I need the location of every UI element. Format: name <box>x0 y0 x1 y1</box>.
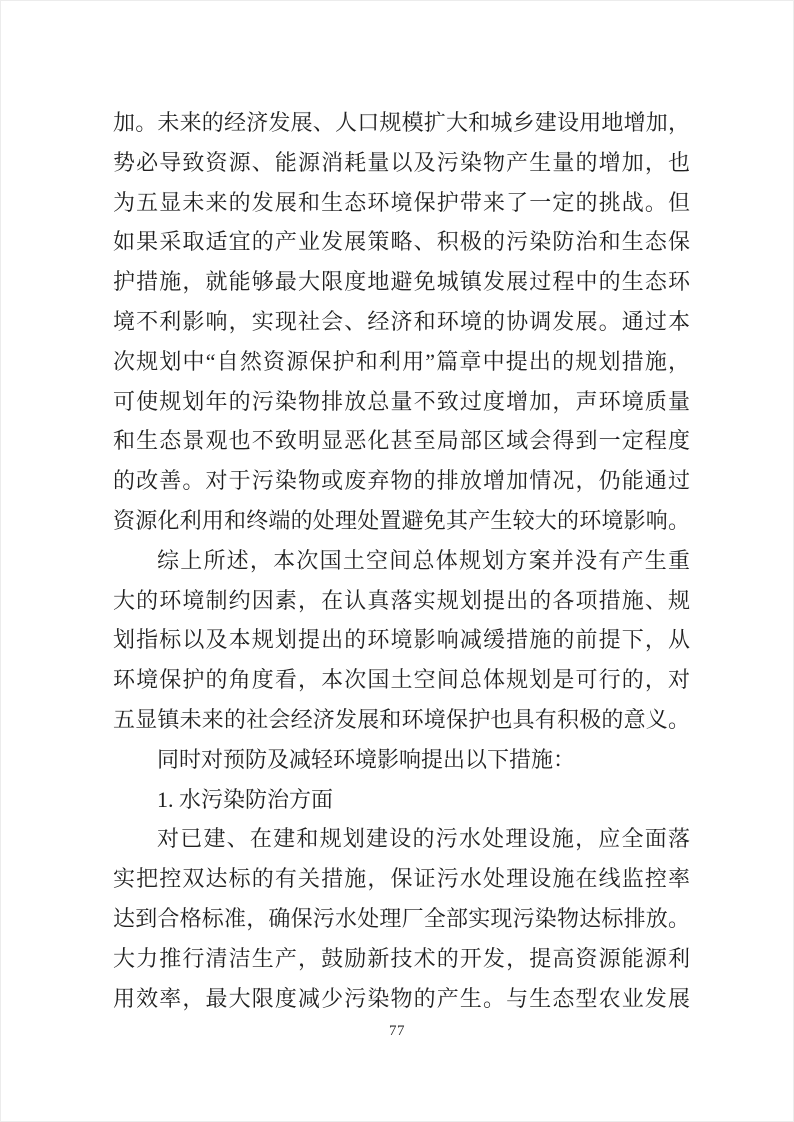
text-line: 五显镇未来的社会经济发展和环境保护也具有积极的意义。 <box>113 700 690 740</box>
document-page: 加。未来的经济发展、人口规模扩大和城乡建设用地增加，势必导致资源、能源消耗量以及… <box>0 0 794 1122</box>
text-line: 同时对预防及减轻环境影响提出以下措施： <box>113 740 690 780</box>
text-line: 大力推行清洁生产，鼓励新技术的开发，提高资源能源利 <box>113 939 690 979</box>
text-line: 综上所述，本次国土空间总体规划方案并没有产生重 <box>113 541 690 581</box>
text-line: 环境保护的角度看，本次国土空间总体规划是可行的，对 <box>113 660 690 700</box>
text-line: 的改善。对于污染物或废弃物的排放增加情况，仍能通过 <box>113 461 690 501</box>
text-line: 大的环境制约因素，在认真落实规划提出的各项措施、规 <box>113 581 690 621</box>
text-line: 势必导致资源、能源消耗量以及污染物产生量的增加，也 <box>113 143 690 183</box>
text-line: 划指标以及本规划提出的环境影响减缓措施的前提下，从 <box>113 620 690 660</box>
text-line: 护措施，就能够最大限度地避免城镇发展过程中的生态环 <box>113 262 690 302</box>
text-line: 1. 水污染防治方面 <box>113 780 690 820</box>
text-line: 加。未来的经济发展、人口规模扩大和城乡建设用地增加， <box>113 103 690 143</box>
text-line: 对已建、在建和规划建设的污水处理设施，应全面落 <box>113 819 690 859</box>
text-line: 为五显未来的发展和生态环境保护带来了一定的挑战。但 <box>113 183 690 223</box>
text-line: 可使规划年的污染物排放总量不致过度增加，声环境质量 <box>113 382 690 422</box>
text-line: 达到合格标准，确保污水处理厂全部实现污染物达标排放。 <box>113 899 690 939</box>
text-line: 次规划中“自然资源保护和利用”篇章中提出的规划措施， <box>113 342 690 382</box>
text-line: 境不利影响，实现社会、经济和环境的协调发展。通过本 <box>113 302 690 342</box>
page-number: 77 <box>0 1023 794 1039</box>
text-line: 和生态景观也不致明显恶化甚至局部区域会得到一定程度 <box>113 421 690 461</box>
text-line: 如果采取适宜的产业发展策略、积极的污染防治和生态保 <box>113 222 690 262</box>
text-line: 实把控双达标的有关措施，保证污水处理设施在线监控率 <box>113 859 690 899</box>
document-body: 加。未来的经济发展、人口规模扩大和城乡建设用地增加，势必导致资源、能源消耗量以及… <box>113 103 690 1018</box>
text-line: 资源化利用和终端的处理处置避免其产生较大的环境影响。 <box>113 501 690 541</box>
text-line: 用效率，最大限度减少污染物的产生。与生态型农业发展 <box>113 979 690 1019</box>
